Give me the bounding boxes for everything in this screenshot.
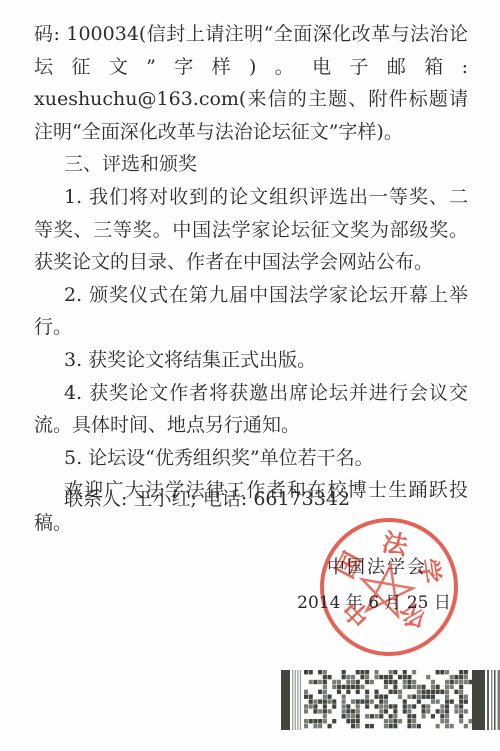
section-heading-awards: 三、评选和颁奖 <box>34 148 468 181</box>
paragraph-item-2: 2. 颁奖仪式在第九届中国法学家论坛开幕上举行。 <box>34 279 468 344</box>
barcode-image <box>281 669 500 731</box>
paragraph-item-4: 4. 获奖论文作者将获邀出席论坛并进行会议交流。具体时间、地点另行通知。 <box>34 377 468 442</box>
official-seal: 中 国 法 学 会 <box>318 515 459 656</box>
signature-date: 2014 年 6 月 25 日 <box>291 588 457 613</box>
document-body: 码: 100034(信封上请注明“全面深化改革与法治论坛征文”字样)。电子邮箱:… <box>34 18 468 540</box>
paragraph-item-1: 1. 我们将对收到的论文组织评选出一等奖、二等奖、三等奖。中国法学家论坛征文奖为… <box>34 181 468 279</box>
signature-organization: 中国法学会 <box>296 553 458 579</box>
paragraph-item-3: 3. 获奖论文将结集正式出版。 <box>34 344 468 377</box>
contact-line: 联系人: 王小红; 电话: 66173342 <box>64 484 350 511</box>
document-page: 码: 100034(信封上请注明“全面深化改革与法治论坛征文”字样)。电子邮箱:… <box>0 0 500 751</box>
paragraph-mailing-info: 码: 100034(信封上请注明“全面深化改革与法治论坛征文”字样)。电子邮箱:… <box>34 18 468 148</box>
paragraph-item-5: 5. 论坛设“优秀组织奖”单位若干名。 <box>34 442 468 475</box>
